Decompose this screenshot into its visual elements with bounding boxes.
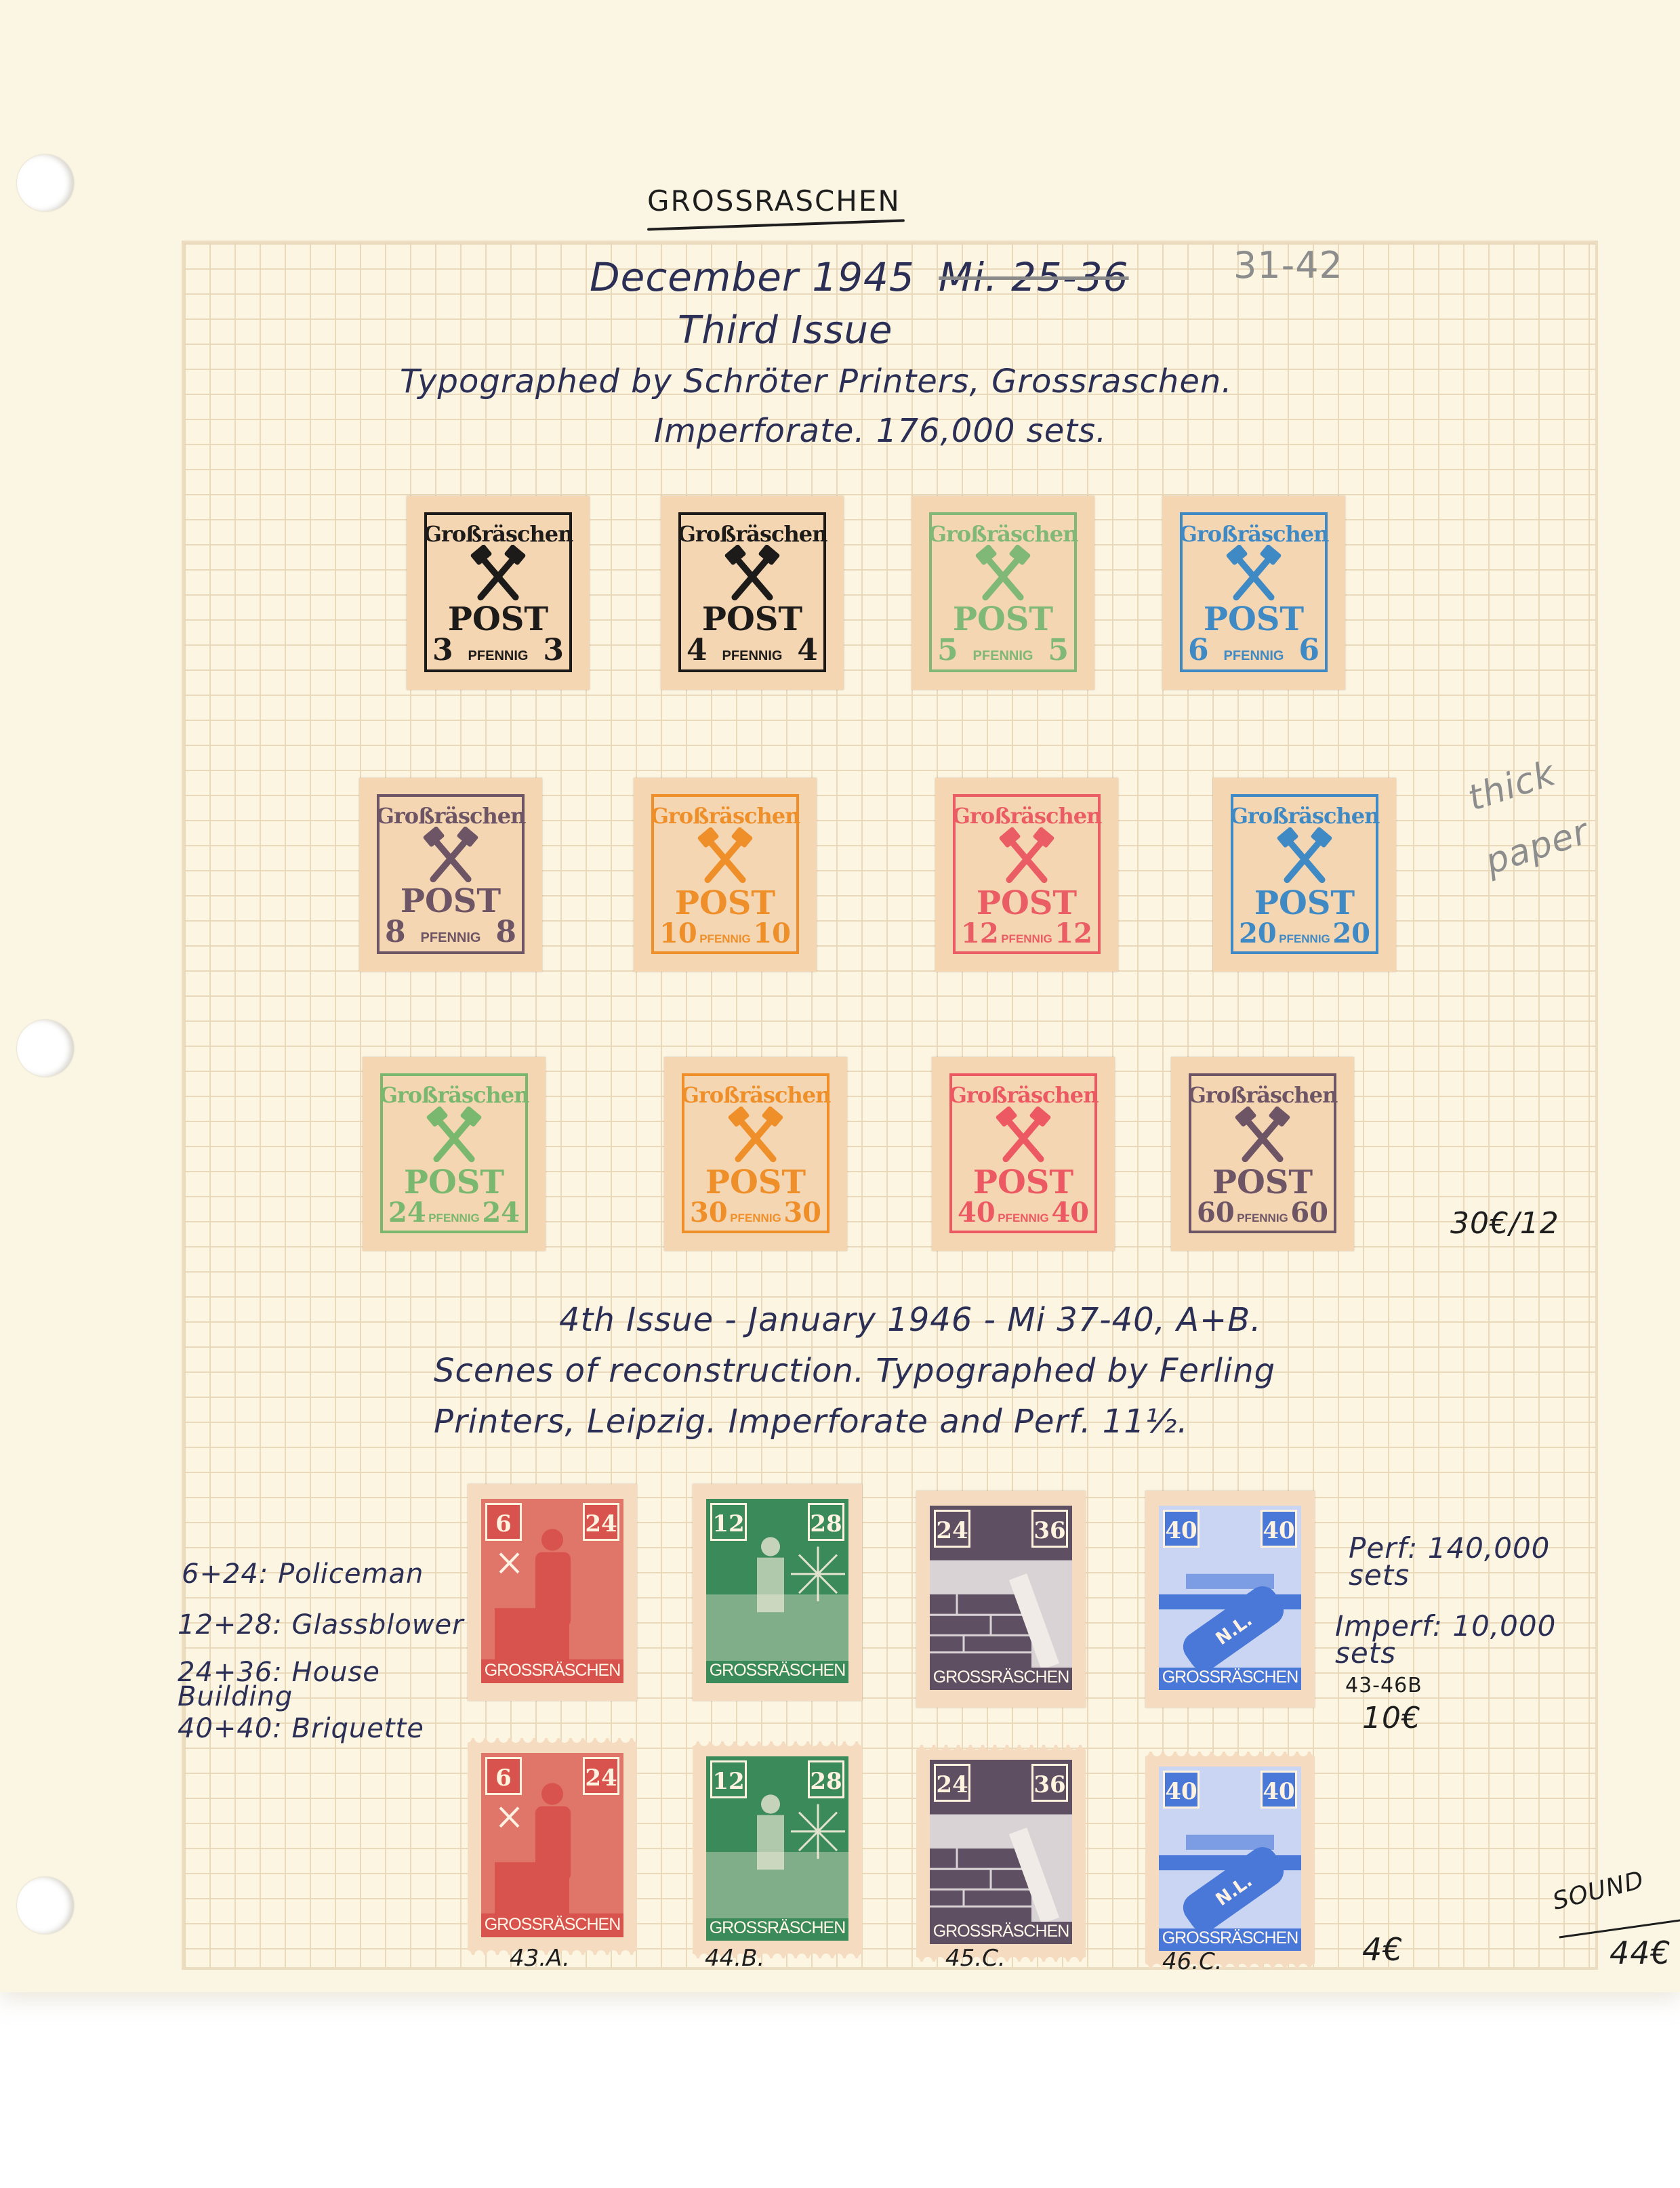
crossed-hammers-icon: [469, 545, 527, 603]
total-price: 44€: [1610, 1935, 1671, 1971]
stamp-unit: PFENNIG: [1001, 932, 1052, 946]
stamp-town: Großräschen: [952, 805, 1102, 827]
stamp-caption: GROSSRÄSCHEN: [481, 1661, 623, 1680]
stamp-post-label: POST: [675, 887, 775, 920]
stamp-town: Großräschen: [681, 1084, 831, 1106]
fourth-issue-desc-1: Scenes of reconstruction. Typographed by…: [434, 1352, 1275, 1390]
stamp-unit: PFENNIG: [730, 1212, 781, 1225]
stamp-value-right: 12: [1054, 920, 1092, 947]
michel-range-text: Mi. 25-36: [939, 254, 1129, 300]
stamp-briquette-perforated: N.L. 40 40 GROSSRÄSCHEN: [1145, 1752, 1315, 1968]
stamp-unit: PFENNIG: [1279, 932, 1330, 946]
stamp-12-pfennig: Großräschen POST 12 PFENNIG 12: [935, 778, 1118, 972]
stamp-value-right: 36: [1031, 1510, 1068, 1548]
stamp-value-right: 10: [753, 920, 791, 947]
stamp-value-right: 5: [1048, 636, 1069, 665]
stamp-caption: GROSSRÄSCHEN: [1159, 1928, 1301, 1948]
stamp-town: Großräschen: [928, 523, 1078, 545]
stamp-value-left: 12: [961, 920, 999, 947]
stamp-glassblower-imperforate: 12 28 GROSSRÄSCHEN: [693, 1484, 862, 1701]
stamp-value-left: 5: [937, 636, 958, 665]
binder-hole: [17, 154, 74, 211]
stamp-town: Großräschen: [380, 1084, 529, 1106]
crossed-hammers-icon: [1225, 545, 1283, 603]
stamp-unit: PFENNIG: [468, 648, 529, 664]
stamp-caption: GROSSRÄSCHEN: [481, 1915, 623, 1935]
stamp-5-pfennig: Großräschen POST 5 PFENNIG 5: [911, 496, 1094, 690]
stamp-unit: PFENNIG: [998, 1212, 1049, 1225]
stamp-value-right: 28: [808, 1760, 844, 1798]
crossed-hammers-icon: [696, 827, 754, 886]
price-note-third-issue: 30€/12: [1450, 1206, 1559, 1241]
stamp-30-pfennig: Großräschen POST 30 PFENNIG 30: [664, 1057, 847, 1251]
stamp-value-right: 24: [482, 1199, 520, 1226]
stamp-post-label: POST: [448, 603, 548, 636]
stamp-value-right: 8: [495, 917, 516, 947]
binder-hole: [17, 1877, 74, 1934]
stamp-value-right: 6: [1298, 636, 1319, 665]
stamp-10-pfennig: Großräschen POST 10 PFENNIG 10: [634, 778, 817, 972]
stamp-value-left: 24: [934, 1510, 970, 1548]
crossed-hammers-icon: [723, 545, 781, 603]
stamp-town: Großräschen: [1230, 805, 1380, 827]
stamp-town: Großräschen: [949, 1084, 1099, 1106]
stamp-caption: GROSSRÄSCHEN: [706, 1918, 848, 1938]
crossed-hammers-icon: [422, 827, 480, 885]
stamp-value-left: 3: [432, 636, 453, 665]
stamp-value-right: 40: [1261, 1771, 1297, 1809]
stamp-value-right: 24: [583, 1757, 619, 1795]
stamp-8-pfennig: Großräschen POST 8 PFENNIG 8: [359, 778, 542, 972]
legend-item: 40+40: Briquette: [178, 1713, 424, 1744]
stamp-post-label: POST: [953, 603, 1053, 636]
stamp-value-left: 40: [958, 1199, 996, 1226]
stamp-value-right: 40: [1051, 1199, 1089, 1226]
stamp-6-pfennig: Großräschen POST 6 PFENNIG 6: [1162, 496, 1345, 690]
stamp-policeman-perforated: 6 24 GROSSRÄSCHEN: [468, 1738, 637, 1955]
michel-range: Mi. 25-36: [939, 254, 1129, 300]
quantity-line: Imperforate. 176,000 sets.: [654, 412, 1107, 450]
stamp-value-right: 30: [783, 1199, 821, 1226]
stamp-unit: PFENNIG: [1224, 648, 1284, 664]
stamp-value-left: 20: [1239, 920, 1277, 947]
crossed-hammers-icon: [1275, 827, 1334, 886]
stamp-glassblower-perforated: 12 28 GROSSRÄSCHEN: [693, 1741, 862, 1958]
stamp-value-left: 60: [1197, 1199, 1235, 1226]
crossed-hammers-icon: [974, 545, 1032, 603]
imperf-price: 10€: [1362, 1701, 1421, 1735]
stamp-unit: PFENNIG: [973, 648, 1033, 664]
stamp-value-left: 40: [1163, 1771, 1200, 1809]
stamp-briquette-imperforate: N.L. 40 40 GROSSRÄSCHEN: [1145, 1491, 1315, 1708]
perf-price: 4€: [1362, 1931, 1404, 1968]
catalog-number: 43.A.: [510, 1945, 570, 1972]
crossed-hammers-icon: [1233, 1107, 1292, 1165]
stamp-post-label: POST: [1204, 603, 1304, 636]
stamp-town: Großräschen: [651, 805, 800, 827]
stamp-house-building-perforated: 24 36 GROSSRÄSCHEN: [916, 1745, 1086, 1962]
stamp-40-pfennig: Großräschen POST 40 PFENNIG 40: [932, 1057, 1115, 1251]
stamp-post-label: POST: [1254, 887, 1355, 920]
stamp-value-left: 6: [1188, 636, 1209, 665]
imperf-quantity-note: Imperf: 10,000 sets: [1335, 1613, 1599, 1667]
stamp-20-pfennig: Großräschen POST 20 PFENNIG 20: [1213, 778, 1396, 972]
crossed-hammers-icon: [994, 1107, 1052, 1165]
stamp-24-pfennig: Großräschen POST 24 PFENNIG 24: [363, 1057, 546, 1251]
stamp-value-right: 28: [808, 1503, 844, 1541]
catalog-number: 44.B.: [705, 1945, 764, 1972]
crossed-hammers-icon: [726, 1107, 785, 1165]
stamp-value-right: 4: [797, 636, 818, 665]
crossed-hammers-icon: [425, 1107, 483, 1165]
stamp-3-pfennig: Großräschen POST 3 PFENNIG 3: [407, 496, 590, 690]
stamp-post-label: POST: [705, 1166, 806, 1199]
stamp-value-right: 60: [1290, 1199, 1328, 1226]
stamp-value-left: 8: [385, 917, 406, 947]
issue-date: December 1945: [590, 254, 915, 300]
stamp-town: Großräschen: [376, 805, 526, 827]
printer-line: Typographed by Schröter Printers, Grossr…: [400, 363, 1233, 400]
stamp-policeman-imperforate: 6 24 GROSSRÄSCHEN: [468, 1484, 637, 1701]
stamp-value-right: 24: [583, 1503, 619, 1541]
heading-underline: [647, 219, 905, 230]
stamp-value-left: 12: [710, 1760, 747, 1798]
stamp-value-left: 40: [1163, 1510, 1200, 1548]
imperf-catalog-range: 43-46B: [1345, 1674, 1422, 1697]
stamp-unit: PFENNIG: [421, 930, 481, 946]
crossed-hammers-icon: [998, 827, 1056, 886]
stamp-post-label: POST: [401, 885, 501, 917]
stamp-value-left: 24: [388, 1199, 426, 1226]
legend-item: 6+24: Policeman: [182, 1559, 424, 1590]
stamp-value-right: 3: [543, 636, 564, 665]
stamp-house-building-imperforate: 24 36 GROSSRÄSCHEN: [916, 1491, 1086, 1708]
stamp-value-left: 12: [710, 1503, 747, 1541]
stamp-unit: PFENNIG: [1237, 1212, 1288, 1225]
stamp-unit: PFENNIG: [722, 648, 783, 664]
stamp-post-label: POST: [977, 887, 1077, 920]
stamp-caption: GROSSRÄSCHEN: [706, 1661, 848, 1680]
stamp-60-pfennig: Großräschen POST 60 PFENNIG 60: [1171, 1057, 1354, 1251]
stamp-post-label: POST: [404, 1166, 504, 1199]
legend-item: 12+28: Glassblower: [178, 1609, 464, 1640]
stamp-post-label: POST: [1212, 1166, 1313, 1199]
stamp-value-right: 36: [1031, 1764, 1068, 1802]
binder-hole: [17, 1020, 74, 1077]
stamp-value-left: 30: [690, 1199, 728, 1226]
stamp-town: Großräschen: [1188, 1084, 1338, 1106]
catalog-number: 46.C.: [1162, 1948, 1223, 1975]
stamp-unit: PFENNIG: [699, 932, 751, 946]
fourth-issue-title: 4th Issue - January 1946 - Mi 37-40, A+B…: [559, 1301, 1261, 1339]
stamp-value-left: 6: [485, 1757, 522, 1795]
fourth-issue-desc-2: Printers, Leipzig. Imperforate and Perf.…: [434, 1403, 1189, 1441]
stamp-unit: PFENNIG: [428, 1212, 480, 1225]
stamp-4-pfennig: Großräschen POST 4 PFENNIG 4: [661, 496, 844, 690]
stamp-town: Großräschen: [678, 523, 827, 545]
stamp-town: Großräschen: [424, 523, 573, 545]
stamp-caption: GROSSRÄSCHEN: [930, 1922, 1072, 1941]
pencil-correction: 31-42: [1233, 244, 1343, 287]
stamp-value-left: 24: [934, 1764, 970, 1802]
stamp-value-left: 4: [687, 636, 708, 665]
stamp-post-label: POST: [973, 1166, 1073, 1199]
stamp-caption: GROSSRÄSCHEN: [930, 1668, 1072, 1687]
stamp-value-right: 40: [1261, 1510, 1297, 1548]
stamp-caption: GROSSRÄSCHEN: [1159, 1668, 1301, 1687]
legend-item: 24+36: House Building: [178, 1660, 476, 1709]
stamp-value-left: 10: [659, 920, 697, 947]
album-page: GROSSRASCHEN December 1945 Mi. 25-36 31-…: [0, 0, 1680, 1992]
stamp-post-label: POST: [702, 603, 802, 636]
stamp-value-left: 6: [485, 1503, 522, 1541]
stamp-value-right: 20: [1332, 920, 1370, 947]
page-heading: GROSSRASCHEN: [647, 184, 901, 218]
perf-quantity-note: Perf: 140,000 sets: [1349, 1535, 1593, 1589]
stamp-town: Großräschen: [1179, 523, 1329, 545]
catalog-number: 45.C.: [945, 1945, 1006, 1972]
issue-subtitle: Third Issue: [678, 308, 893, 352]
